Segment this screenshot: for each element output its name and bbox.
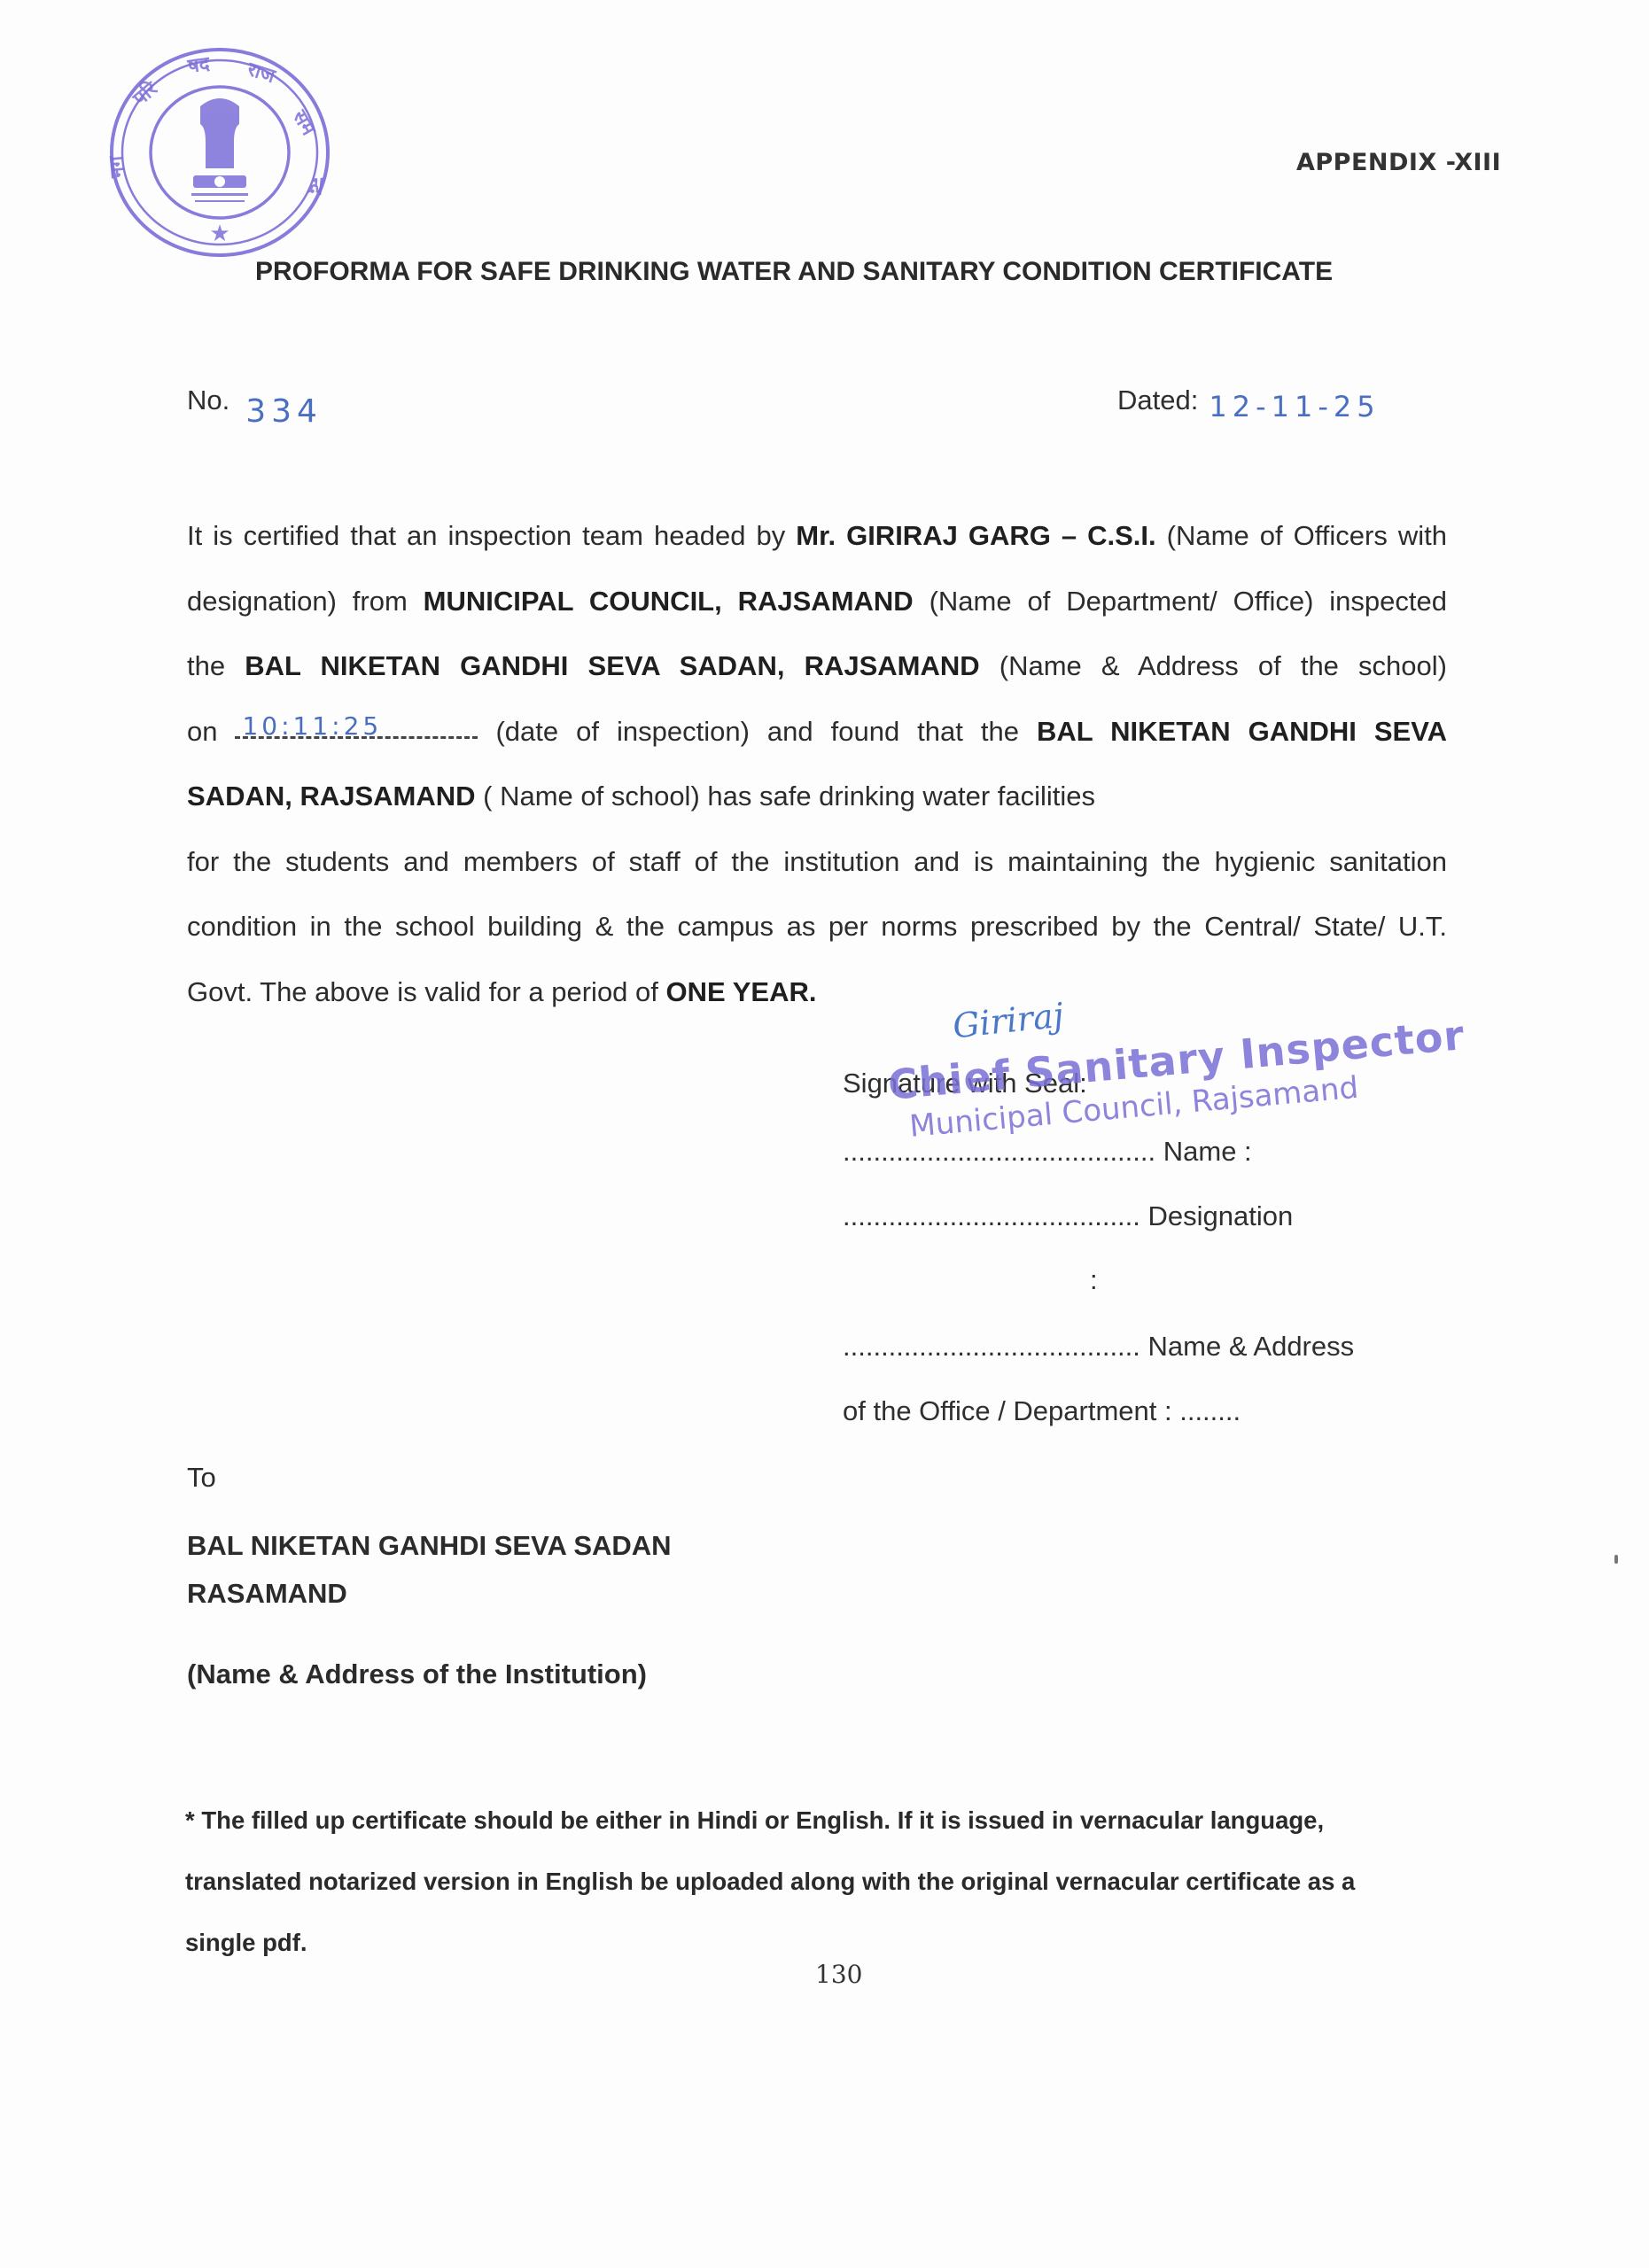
- dated-value-handwritten: 12-11-25: [1209, 390, 1380, 423]
- school-name-part2: SADAN, RAJSAMAND: [187, 781, 476, 812]
- document-title: PROFORMA FOR SAFE DRINKING WATER AND SAN…: [255, 257, 1333, 287]
- dated-label: Dated:: [1117, 384, 1198, 416]
- page-number: 130: [815, 1960, 862, 1989]
- body-line-4: on 10:11:25 (date of inspection) and fou…: [187, 699, 1447, 765]
- department-name: MUNICIPAL COUNCIL, RAJSAMAND: [424, 586, 914, 617]
- footer-note: * The filled up certificate should be ei…: [185, 1790, 1461, 1973]
- number-value-handwritten: 334: [245, 393, 323, 430]
- certificate-body: It is certified that an inspection team …: [187, 503, 1447, 1024]
- svg-text:षद: षद: [185, 53, 212, 78]
- ashoka-emblem-seal-icon: ★ परि षद राज सम न्द नग: [105, 44, 335, 266]
- school-name-part1: BAL NIKETAN GANDHI SEVA: [1037, 716, 1447, 747]
- officer-name: Mr. GIRIRAJ GARG – C.S.I.: [796, 520, 1155, 551]
- school-name-address: BAL NIKETAN GANDHI SEVA SADAN, RAJSAMAND: [245, 650, 979, 681]
- body-line-6: for the students and members of staff of…: [187, 829, 1447, 895]
- svg-text:★: ★: [209, 221, 229, 247]
- body-line-8: Govt. The above is valid for a period of…: [187, 959, 1447, 1025]
- official-seal-emblem: ★ परि षद राज सम न्द नग: [105, 44, 335, 266]
- certificate-number: No. 334: [187, 384, 323, 430]
- recipient-city: RASAMAND: [187, 1578, 347, 1610]
- recipient-caption: (Name & Address of the Institution): [187, 1658, 647, 1690]
- scan-speck: [1614, 1555, 1618, 1564]
- certificate-date: Dated: 12-11-25: [1117, 384, 1381, 423]
- to-label: To: [187, 1462, 216, 1494]
- svg-text:न्द: न्द: [303, 175, 327, 196]
- validity-period: ONE YEAR.: [666, 976, 817, 1007]
- designation-colon: :: [1090, 1264, 1098, 1296]
- number-label: No.: [187, 384, 229, 416]
- body-line-5: SADAN, RAJSAMAND ( Name of school) has s…: [187, 764, 1447, 829]
- designation-row: ....................................... …: [843, 1200, 1293, 1232]
- body-line-1: It is certified that an inspection team …: [187, 503, 1447, 569]
- office-department-row: of the Office / Department : ........: [843, 1395, 1241, 1427]
- note-line-2: translated notarized version in English …: [185, 1851, 1461, 1912]
- inspection-date-handwritten: 10:11:25: [242, 694, 382, 759]
- note-line-1: * The filled up certificate should be ei…: [185, 1790, 1461, 1851]
- inspection-date-field: 10:11:25: [235, 718, 478, 739]
- svg-text:नग: नग: [105, 153, 129, 179]
- recipient-name: BAL NIKETAN GANHDI SEVA SADAN: [187, 1530, 672, 1562]
- office-address-row: ....................................... …: [843, 1331, 1354, 1363]
- body-line-2: designation) from MUNICIPAL COUNCIL, RAJ…: [187, 569, 1447, 634]
- appendix-label: APPENDIX -XIII: [1296, 149, 1501, 176]
- body-line-3: the BAL NIKETAN GANDHI SEVA SADAN, RAJSA…: [187, 633, 1447, 699]
- body-line-7: condition in the school building & the c…: [187, 894, 1447, 959]
